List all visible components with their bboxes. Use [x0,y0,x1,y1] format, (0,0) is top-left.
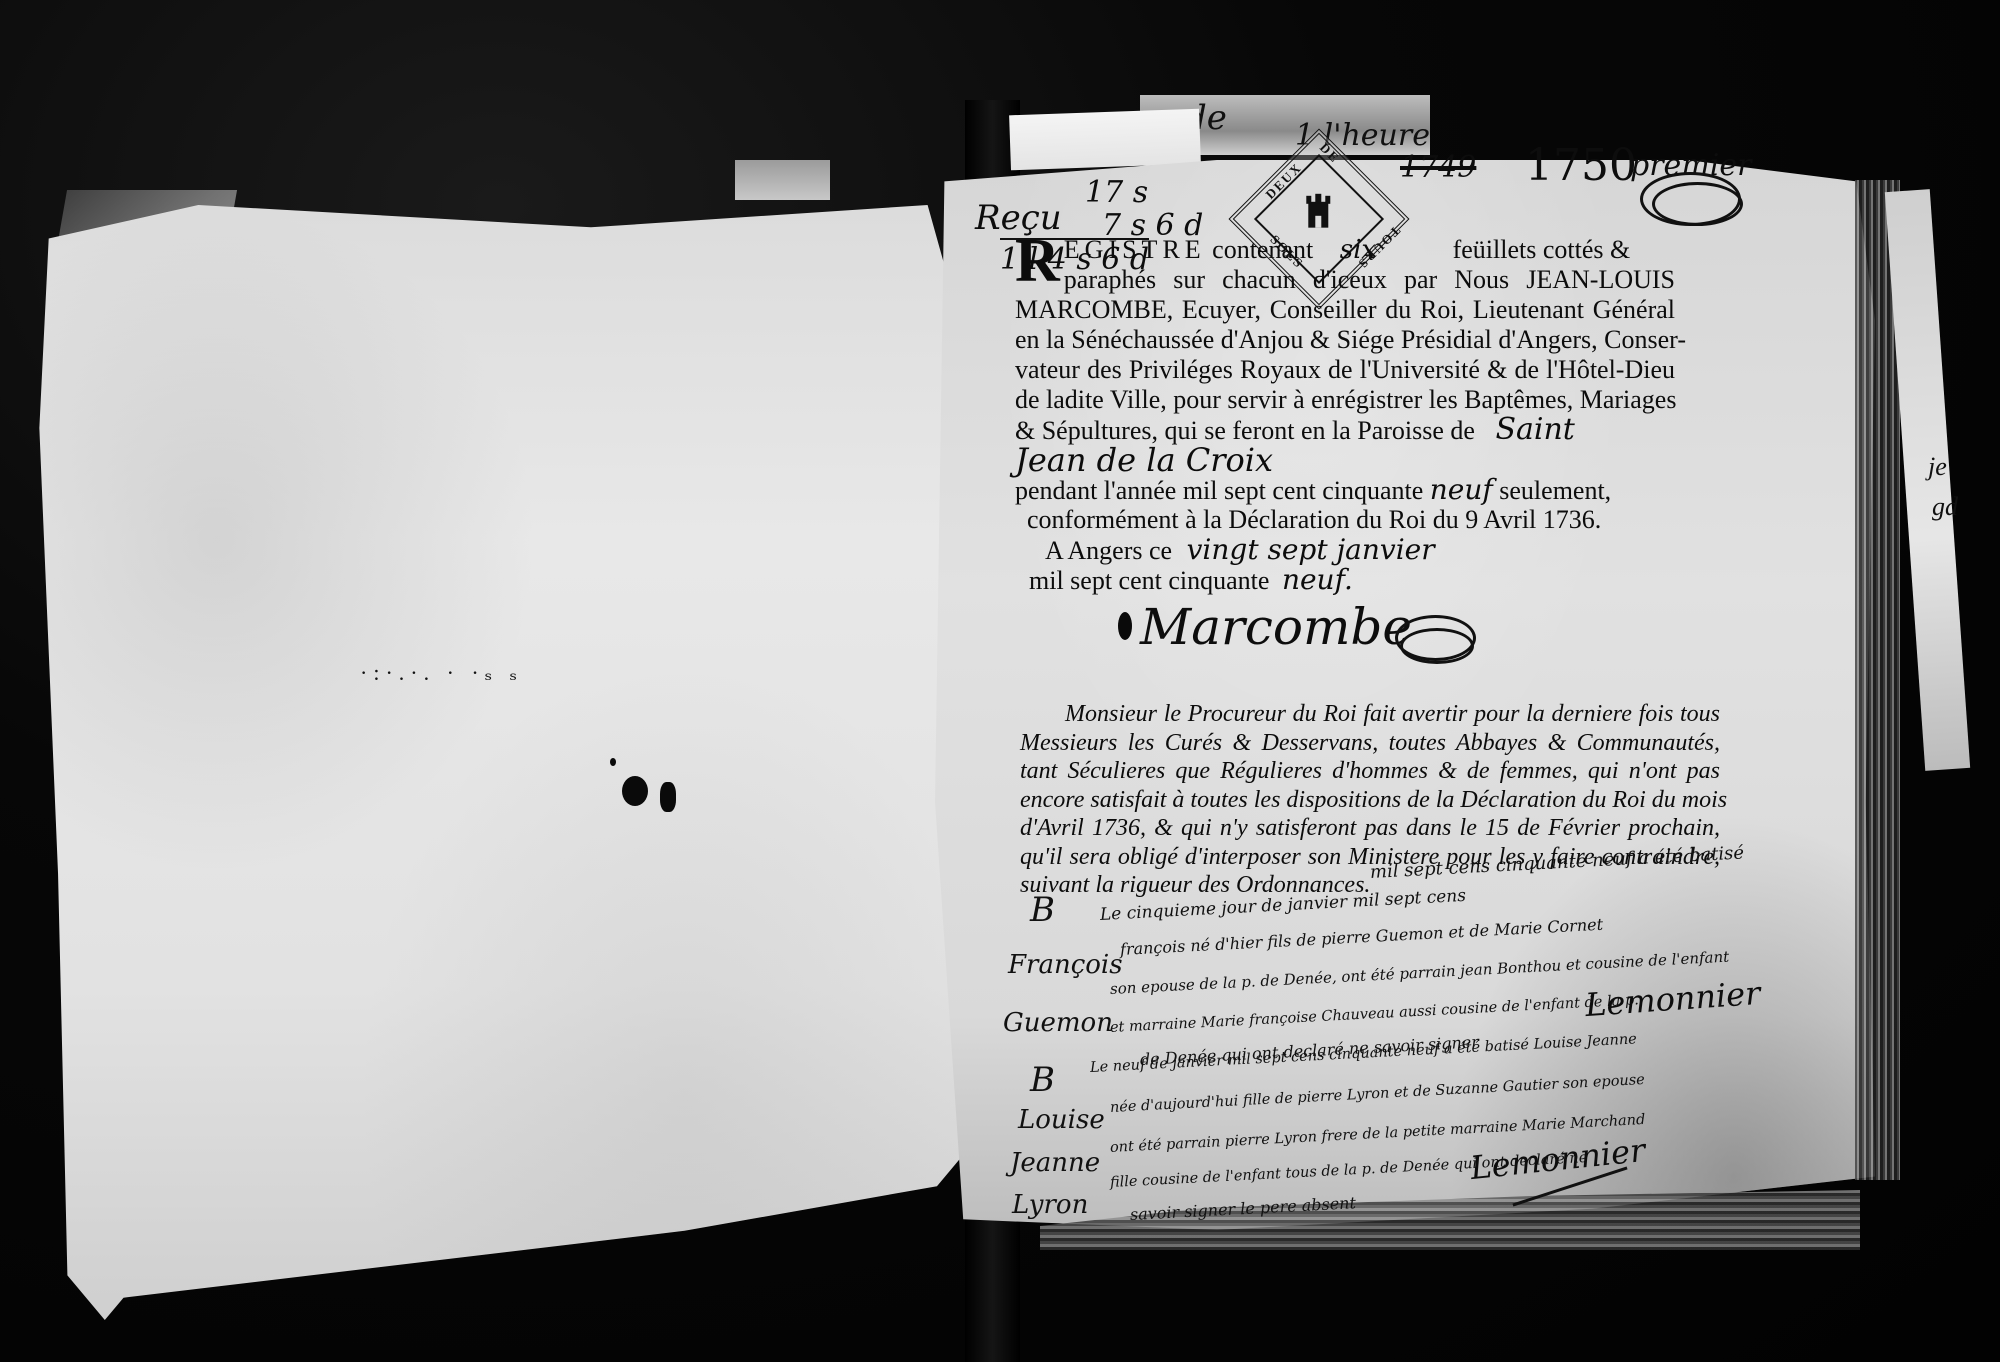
entry-margin-name: Lyron [1012,1190,1088,1220]
ink-blot [622,776,648,806]
register-title-block: R EGISTRE contenant six feüillets cottés… [1015,235,1675,595]
ink-specks: ·:·.·. · ·ₛ ₛ [360,660,523,686]
handwritten-text: Saint [1495,412,1574,447]
year: 1750 [1525,140,1637,191]
handwritten-parish-name: Jean de la Croix [1015,441,1273,479]
entry-margin-name: Guemon [1003,1008,1113,1038]
printed-line: vateur des Priviléges Royaux de l'Univer… [1015,355,1675,385]
handwritten-text: neuf. [1282,563,1353,596]
printed-line: de ladite Ville, pour servir à enrégistr… [1015,385,1675,415]
entry-margin-name: Jeanne [1010,1148,1100,1178]
notice-line: Messieurs les Curés & Desservans, toutes… [1020,729,1720,758]
white-paper-slip [1009,109,1201,171]
handwritten-text: neuf [1430,473,1493,506]
entry-margin-name: François [1008,950,1123,980]
entry-letter: B [1030,1060,1055,1100]
notice-line: d'Avril 1736, & qui n'y satisferont pas … [1020,814,1720,843]
crossed-year: 1749 [1400,150,1476,185]
page-edges [1855,180,1900,1180]
far-right-note: je [1928,452,1947,482]
ink-blot [660,782,676,812]
printed-line: MARCOMBE, Ecuyer, Conseiller du Roi, Lie… [1015,295,1675,325]
entry-margin-name: Louise [1018,1105,1105,1135]
printed-text: contenant [1212,235,1313,264]
handwritten-text: vingt sept janvier [1187,533,1435,566]
tower-icon [1303,192,1333,228]
printed-text: seulement, [1499,476,1611,505]
printed-line: paraphés sur chacun d'iceux par Nous JEA… [1015,265,1675,295]
printed-text: feüillets cottés & [1453,235,1631,264]
printed-text: mil sept cent cinquante [1029,566,1269,595]
notice-line: Monsieur le Procureur du Roi fait averti… [1020,700,1720,729]
printed-text: pendant l'année mil sept cent cinquante [1015,476,1423,505]
amount: 17 s [1085,175,1148,210]
printed-line: conformément à la Déclaration du Roi du … [1015,505,1675,535]
paraph-flourish [1652,182,1743,226]
entry-letter: B [1030,890,1055,930]
signature-flourish [1400,628,1474,664]
printed-text: EGISTRE [1064,235,1206,264]
marcombe-signature: Marcombe [1140,598,1412,656]
handwritten-text: six [1340,235,1376,265]
far-right-note: gd [1932,492,1958,522]
left-page [30,205,965,1320]
printed-text: A Angers ce [1045,536,1172,565]
printed-line: en la Sénéchaussée d'Anjou & Siége Prési… [1015,325,1675,355]
ink-blot [610,758,616,766]
notice-line: encore satisfait à toutes les dispositio… [1020,786,1720,815]
dropcap: R [1015,235,1060,287]
ink-blot [1118,612,1132,640]
left-page-tab [735,160,830,200]
notice-line: tant Séculieres que Régulieres d'hommes … [1020,757,1720,786]
